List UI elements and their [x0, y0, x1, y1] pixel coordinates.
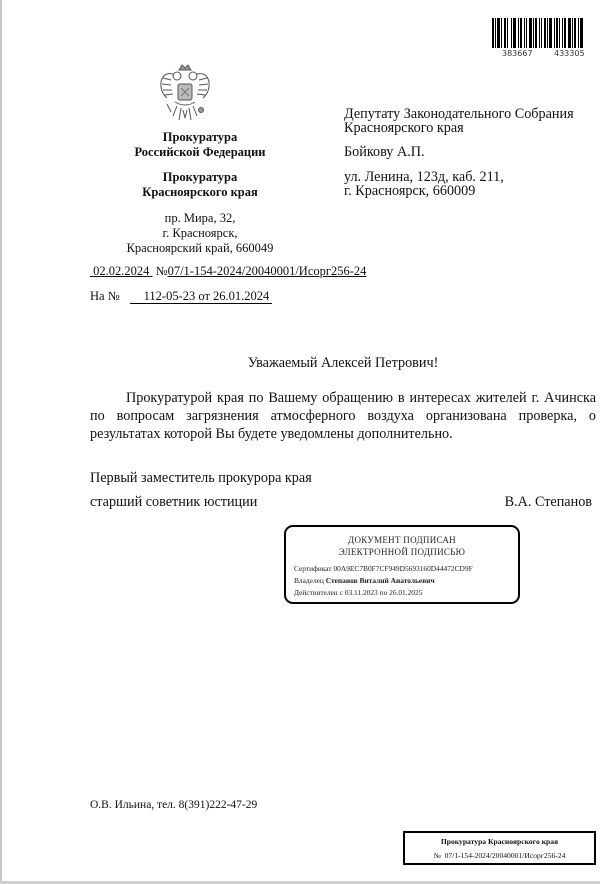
recipient-title-line2: Красноярского края — [344, 121, 464, 135]
sender-dept-line2: Красноярского края — [100, 185, 300, 200]
registration-date: 02.02.2024 — [90, 264, 153, 278]
number-sign: № — [156, 264, 168, 278]
regstamp-number: № 07/1-154-2024/20040001/Исорг256-24 — [405, 851, 594, 860]
sender-dept-line1: Прокуратура — [100, 170, 300, 185]
registration-line: 02.02.2024 №07/1-154-2024/20040001/Исорг… — [90, 264, 366, 279]
sender-address-line2: г. Красноярск, — [95, 226, 305, 242]
regstamp-org: Прокуратура Красноярского края — [405, 837, 594, 846]
signer-position-line1: Первый заместитель прокурора края — [90, 470, 312, 487]
barcode-number-left: 383667 — [502, 49, 533, 58]
executor-contact: О.В. Ильина, тел. 8(391)222-47-29 — [90, 799, 257, 811]
letter-body: Прокуратурой края по Вашему обращению в … — [90, 389, 596, 443]
coat-of-arms-icon — [157, 62, 213, 124]
esig-title-line1: ДОКУМЕНТ ПОДПИСАН — [286, 535, 518, 545]
electronic-signature-stamp: ДОКУМЕНТ ПОДПИСАН ЭЛЕКТРОННОЙ ПОДПИСЬЮ С… — [284, 525, 520, 604]
reply-value: 112-05-23 от 26.01.2024 — [130, 290, 272, 304]
esig-owner: Владелец Степанов Виталий Анатольевич — [294, 576, 435, 585]
reply-reference: На №112-05-23 от 26.01.2024 — [90, 289, 272, 304]
recipient-name: Бойкову А.П. — [344, 145, 425, 159]
recipient-title-line1: Депутату Законодательного Собрания — [344, 107, 574, 121]
barcode-bars — [492, 18, 596, 48]
signer-name: В.А. Степанов — [505, 494, 592, 511]
sender-address-line1: пр. Мира, 32, — [95, 211, 305, 227]
esig-title-line2: ЭЛЕКТРОННОЙ ПОДПИСЬЮ — [286, 547, 518, 557]
barcode: 383667 433305 — [492, 18, 596, 62]
salutation: Уважаемый Алексей Петрович! — [90, 355, 596, 372]
recipient-address-line1: ул. Ленина, 123д, каб. 211, — [344, 170, 504, 184]
sender-org-line2: Российской Федерации — [100, 145, 300, 160]
sender-org-line1: Прокуратура — [100, 130, 300, 145]
esig-certificate: Сертификат 00A9EC7B0F7CF949D5693160D4447… — [294, 564, 473, 573]
esig-validity: Действителен с 03.11.2023 по 26.01.2025 — [294, 588, 422, 597]
signer-position-line2: старший советник юстиции — [90, 494, 257, 511]
page-left-edge — [0, 0, 2, 884]
recipient-address-line2: г. Красноярск, 660009 — [344, 184, 475, 198]
registration-number: 07/1-154-2024/20040001/Исорг256-24 — [168, 264, 367, 278]
reply-label: На № — [90, 289, 120, 303]
sender-address-line3: Красноярский край, 660049 — [95, 241, 305, 257]
registration-stamp: Прокуратура Красноярского края № 07/1-15… — [403, 831, 596, 865]
barcode-number-right: 433305 — [554, 49, 585, 58]
